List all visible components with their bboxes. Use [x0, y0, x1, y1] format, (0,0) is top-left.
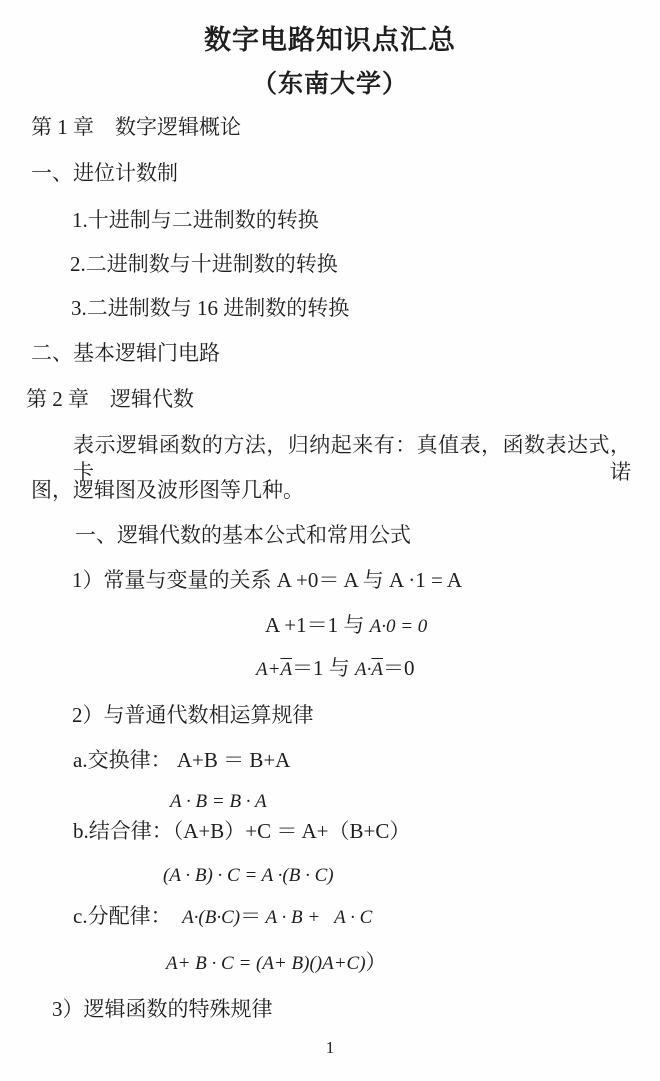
body-text: 2.二进制数与十进制数的转换 — [70, 252, 338, 276]
doc-line: A +1＝1 与 A·0 = 0 — [265, 612, 427, 640]
body-text: ＝ — [240, 904, 261, 928]
doc-line: 第 2 章 逻辑代数 — [26, 386, 194, 413]
doc-line: 1.十进制与二进制数的转换 — [72, 207, 319, 234]
body-text: 3）逻辑函数的特殊规律 — [52, 997, 273, 1021]
body-text: 1）常量与变量的关系 A +0＝ A 与 A ·1 = A — [72, 568, 462, 592]
doc-line: 2.二进制数与十进制数的转换 — [70, 251, 338, 278]
doc-line: c.分配律： A·(B·C)＝ A · B + A · C — [73, 903, 372, 931]
doc-line: (A · B) · C = A ·(B · C) — [163, 861, 334, 889]
doc-line: 图，逻辑图及波形图等几种。 — [31, 477, 304, 504]
body-text: c.分配律： — [73, 904, 182, 928]
doc-line: A · B = B · A — [170, 787, 267, 815]
document-page: 数字电路知识点汇总 （东南大学） 第 1 章 数字逻辑概论一、进位计数制1.十进… — [0, 0, 660, 1081]
document-title: 数字电路知识点汇总 — [0, 18, 660, 57]
formula-text: A·0 = 0 — [370, 616, 428, 637]
doc-line: 1）常量与变量的关系 A +0＝ A 与 A ·1 = A — [72, 567, 462, 594]
doc-line: A+ B · C = (A+ B)()A+C)） — [166, 949, 387, 977]
body-text: ） — [366, 950, 387, 974]
formula-text: A · B = B · A — [170, 791, 267, 812]
body-text: ＝1 与 — [292, 656, 355, 680]
formula-text: A · B + A · C — [261, 907, 372, 928]
body-text: 一、进位计数制 — [31, 161, 178, 185]
formula-text: A — [371, 659, 383, 680]
body-text: A +1＝1 与 — [265, 613, 370, 637]
formula-text: A+ — [256, 659, 280, 680]
body-text: 图，逻辑图及波形图等几种。 — [31, 478, 304, 502]
body-text: 第 2 章 逻辑代数 — [26, 387, 194, 411]
doc-line: 3.二进制数与 16 进制数的转换 — [71, 295, 349, 322]
body-text: b.结合律：（A+B）+C ＝ A+（B+C） — [73, 819, 410, 843]
doc-line: b.结合律：（A+B）+C ＝ A+（B+C） — [73, 818, 410, 845]
doc-line: 二、基本逻辑门电路 — [31, 340, 220, 367]
doc-line: a.交换律： A+B ＝ B+A — [73, 747, 290, 774]
body-text: a.交换律： A+B ＝ B+A — [73, 748, 290, 772]
doc-line: 2）与普通代数相运算规律 — [72, 702, 314, 729]
formula-text: A·(B·C) — [182, 907, 240, 928]
body-text: 第 1 章 数字逻辑概论 — [31, 115, 241, 139]
page-number: 1 — [0, 1038, 660, 1058]
formula-text: (A · B) · C = A ·(B · C) — [163, 865, 334, 886]
body-text: 二、基本逻辑门电路 — [31, 341, 220, 365]
document-subtitle: （东南大学） — [0, 64, 660, 100]
doc-line: 第 1 章 数字逻辑概论 — [31, 114, 241, 141]
formula-text: A· — [355, 659, 371, 680]
body-text: 2）与普通代数相运算规律 — [72, 703, 314, 727]
doc-line: 一、进位计数制 — [31, 160, 178, 187]
body-text: 1.十进制与二进制数的转换 — [72, 208, 319, 232]
doc-line: 3）逻辑函数的特殊规律 — [52, 996, 273, 1023]
body-text: ＝0 — [383, 656, 415, 680]
body-text: 3.二进制数与 16 进制数的转换 — [71, 296, 349, 320]
doc-line: 一、逻辑代数的基本公式和常用公式 — [75, 522, 411, 549]
body-text: 一、逻辑代数的基本公式和常用公式 — [75, 523, 411, 547]
formula-text: A+ B · C = (A+ B)()A+C) — [166, 953, 366, 974]
formula-text: A — [280, 659, 292, 680]
doc-line: A+A＝1 与 A·A＝0 — [256, 655, 415, 683]
